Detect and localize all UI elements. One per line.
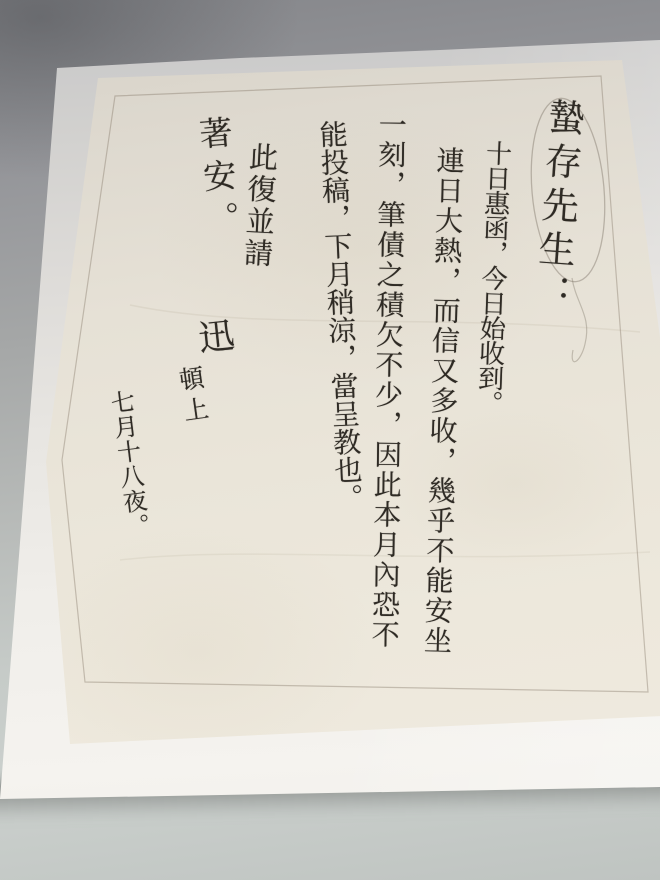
- letter-text: 蟄存先生： 十日惠函，今日始收到。 連日大熱，而信又多收，幾乎不能安坐 一刻，筆…: [0, 0, 660, 880]
- salutation-column: 著安。: [189, 114, 247, 247]
- signature-name: 迅: [186, 315, 240, 356]
- addressee-column: 蟄存先生：: [522, 96, 591, 319]
- body-column-1: 十日惠函，今日始收到。: [469, 139, 516, 415]
- body-column-3: 一刻，筆債之積欠不少，因此本月內恐不: [363, 110, 411, 651]
- photo-of-handwritten-letter: 蟄存先生： 十日惠函，今日始收到。 連日大熱，而信又多收，幾乎不能安坐 一刻，筆…: [0, 0, 660, 880]
- body-column-2: 連日大熱，而信又多收，幾乎不能安坐: [416, 145, 469, 656]
- body-column-4: 能投稿，下月稍涼，當呈教也。: [311, 119, 368, 512]
- signature-honorific: 頓上: [170, 363, 214, 429]
- date-column: 七月十八夜。: [102, 388, 155, 541]
